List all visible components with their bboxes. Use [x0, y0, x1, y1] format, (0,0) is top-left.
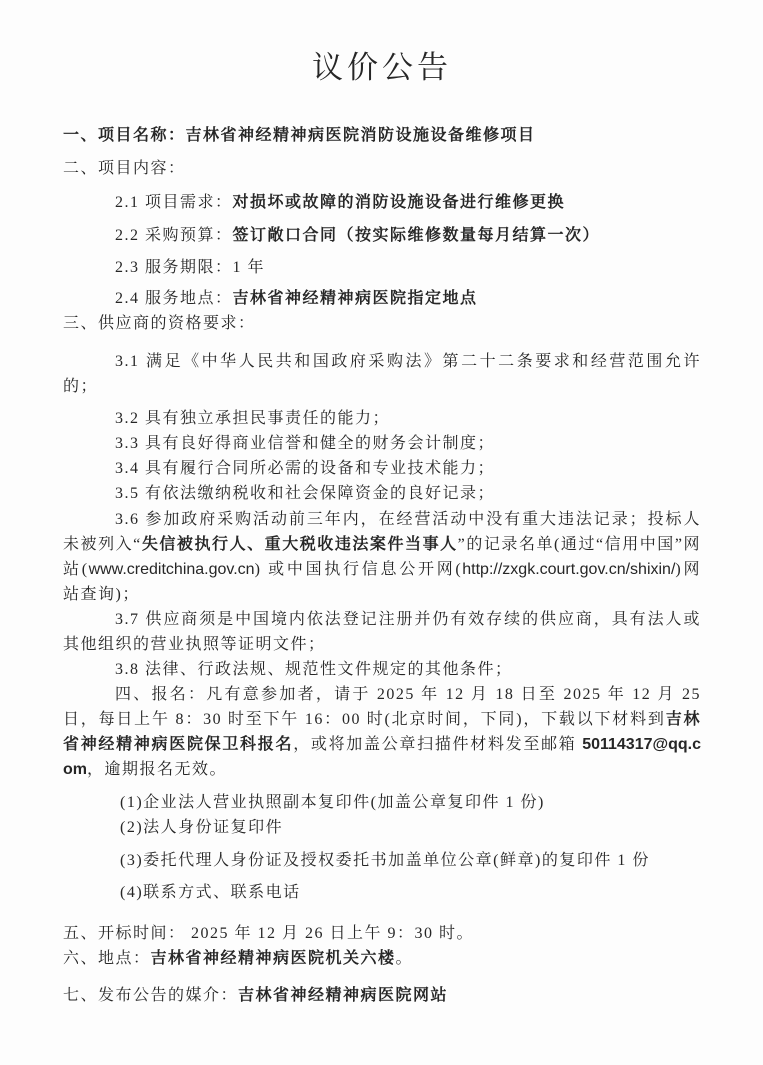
attachment-1-business-license: (1)企业法人营业执照副本复印件(加盖公章复印件 1 份) [63, 790, 701, 815]
item-2-2-label: 2.2 采购预算： [115, 227, 233, 244]
section-3-heading: 三、供应商的资格要求： [63, 311, 701, 336]
attachment-3-agent-authorization: (3)委托代理人身份证及授权委托书加盖单位公章(鲜章)的复印件 1 份 [63, 848, 701, 873]
creditchina-url: www.creditchina.gov.cn [89, 561, 255, 578]
item-2-4-service-location: 2.4 服务地点：吉林省神经精神病医院指定地点 [63, 286, 701, 311]
item-3-4-qualification: 3.4 具有履行合同所必需的设备和专业技术能力； [63, 456, 701, 481]
item-3-8-qualification: 3.8 法律、行政法规、规范性文件规定的其他条件； [63, 657, 701, 682]
item-3-6-text-3: ) 或中国执行信息公开网( [255, 561, 463, 578]
section-2-heading: 二、项目内容： [63, 156, 701, 181]
item-2-1-value: 对损坏或故障的消防设施设备进行维修更换 [233, 194, 566, 211]
item-2-4-label: 2.4 服务地点： [115, 290, 233, 307]
section-4-text-1: 四、报名：凡有意参加者，请于 2025 年 12 月 18 日至 2025 年 … [63, 686, 701, 728]
zxgk-court-url: http://zxgk.court.gov.cn/shixin/ [462, 561, 675, 578]
section-6-period: 。 [396, 950, 414, 967]
section-4-text-3: ，逾期报名无效。 [87, 761, 227, 778]
item-2-4-value: 吉林省神经精神病医院指定地点 [233, 290, 478, 307]
section-1-project-name: 一、项目名称：吉林省神经精神病医院消防设施设备维修项目 [63, 123, 701, 148]
item-2-1-project-demand: 2.1 项目需求：对损坏或故障的消防设施设备进行维修更换 [63, 190, 701, 215]
section-6-label: 六、地点： [63, 950, 151, 967]
section-7-website: 吉林省神经精神病医院网站 [238, 987, 448, 1004]
section-5-bid-opening-time: 五、开标时间： 2025 年 12 月 26 日上午 9：30 时。 [63, 921, 701, 946]
section-6-location: 六、地点：吉林省神经精神病医院机关六楼。 [63, 946, 701, 971]
item-3-5-qualification: 3.5 有依法缴纳税收和社会保障资金的良好记录； [63, 481, 701, 506]
document-page: 议价公告 一、项目名称：吉林省神经精神病医院消防设施设备维修项目 二、项目内容：… [0, 0, 763, 1065]
document-title: 议价公告 [63, 46, 701, 90]
section-7-label: 七、发布公告的媒介： [63, 987, 238, 1004]
item-3-2-qualification: 3.2 具有独立承担民事责任的能力； [63, 406, 701, 431]
item-2-2-budget: 2.2 采购预算：签订敞口合同（按实际维修数量每月结算一次） [63, 223, 701, 248]
section-6-venue: 吉林省神经精神病医院机关六楼 [151, 950, 396, 967]
section-7-announcement-media: 七、发布公告的媒介：吉林省神经精神病医院网站 [63, 983, 701, 1008]
section-4-text-2: ，或将加盖公章扫描件材料发至邮箱 [293, 736, 582, 753]
item-3-1-qualification: 3.1 满足《中华人民共和国政府采购法》第二十二条要求和经营范围允许的； [63, 349, 701, 399]
item-3-7-qualification: 3.7 供应商须是中国境内依法登记注册并仍有效存续的供应商，具有法人或其他组织的… [63, 607, 701, 657]
item-3-3-qualification: 3.3 具有良好得商业信誉和健全的财务会计制度； [63, 431, 701, 456]
item-3-6-blacklist-phrase: 失信被执行人、重大税收违法案件当事人 [142, 536, 458, 553]
item-2-1-label: 2.1 项目需求： [115, 194, 233, 211]
item-2-3-service-term: 2.3 服务期限：1 年 [63, 255, 701, 280]
attachment-4-contact-info: (4)联系方式、联系电话 [63, 880, 701, 905]
attachment-2-legal-person-id: (2)法人身份证复印件 [63, 815, 701, 840]
item-3-6-qualification: 3.6 参加政府采购活动前三年内，在经营活动中没有重大违法记录；投标人未被列入“… [63, 507, 701, 607]
item-2-2-value: 签订敞口合同（按实际维修数量每月结算一次） [233, 227, 601, 244]
section-4-registration: 四、报名：凡有意参加者，请于 2025 年 12 月 18 日至 2025 年 … [63, 682, 701, 782]
